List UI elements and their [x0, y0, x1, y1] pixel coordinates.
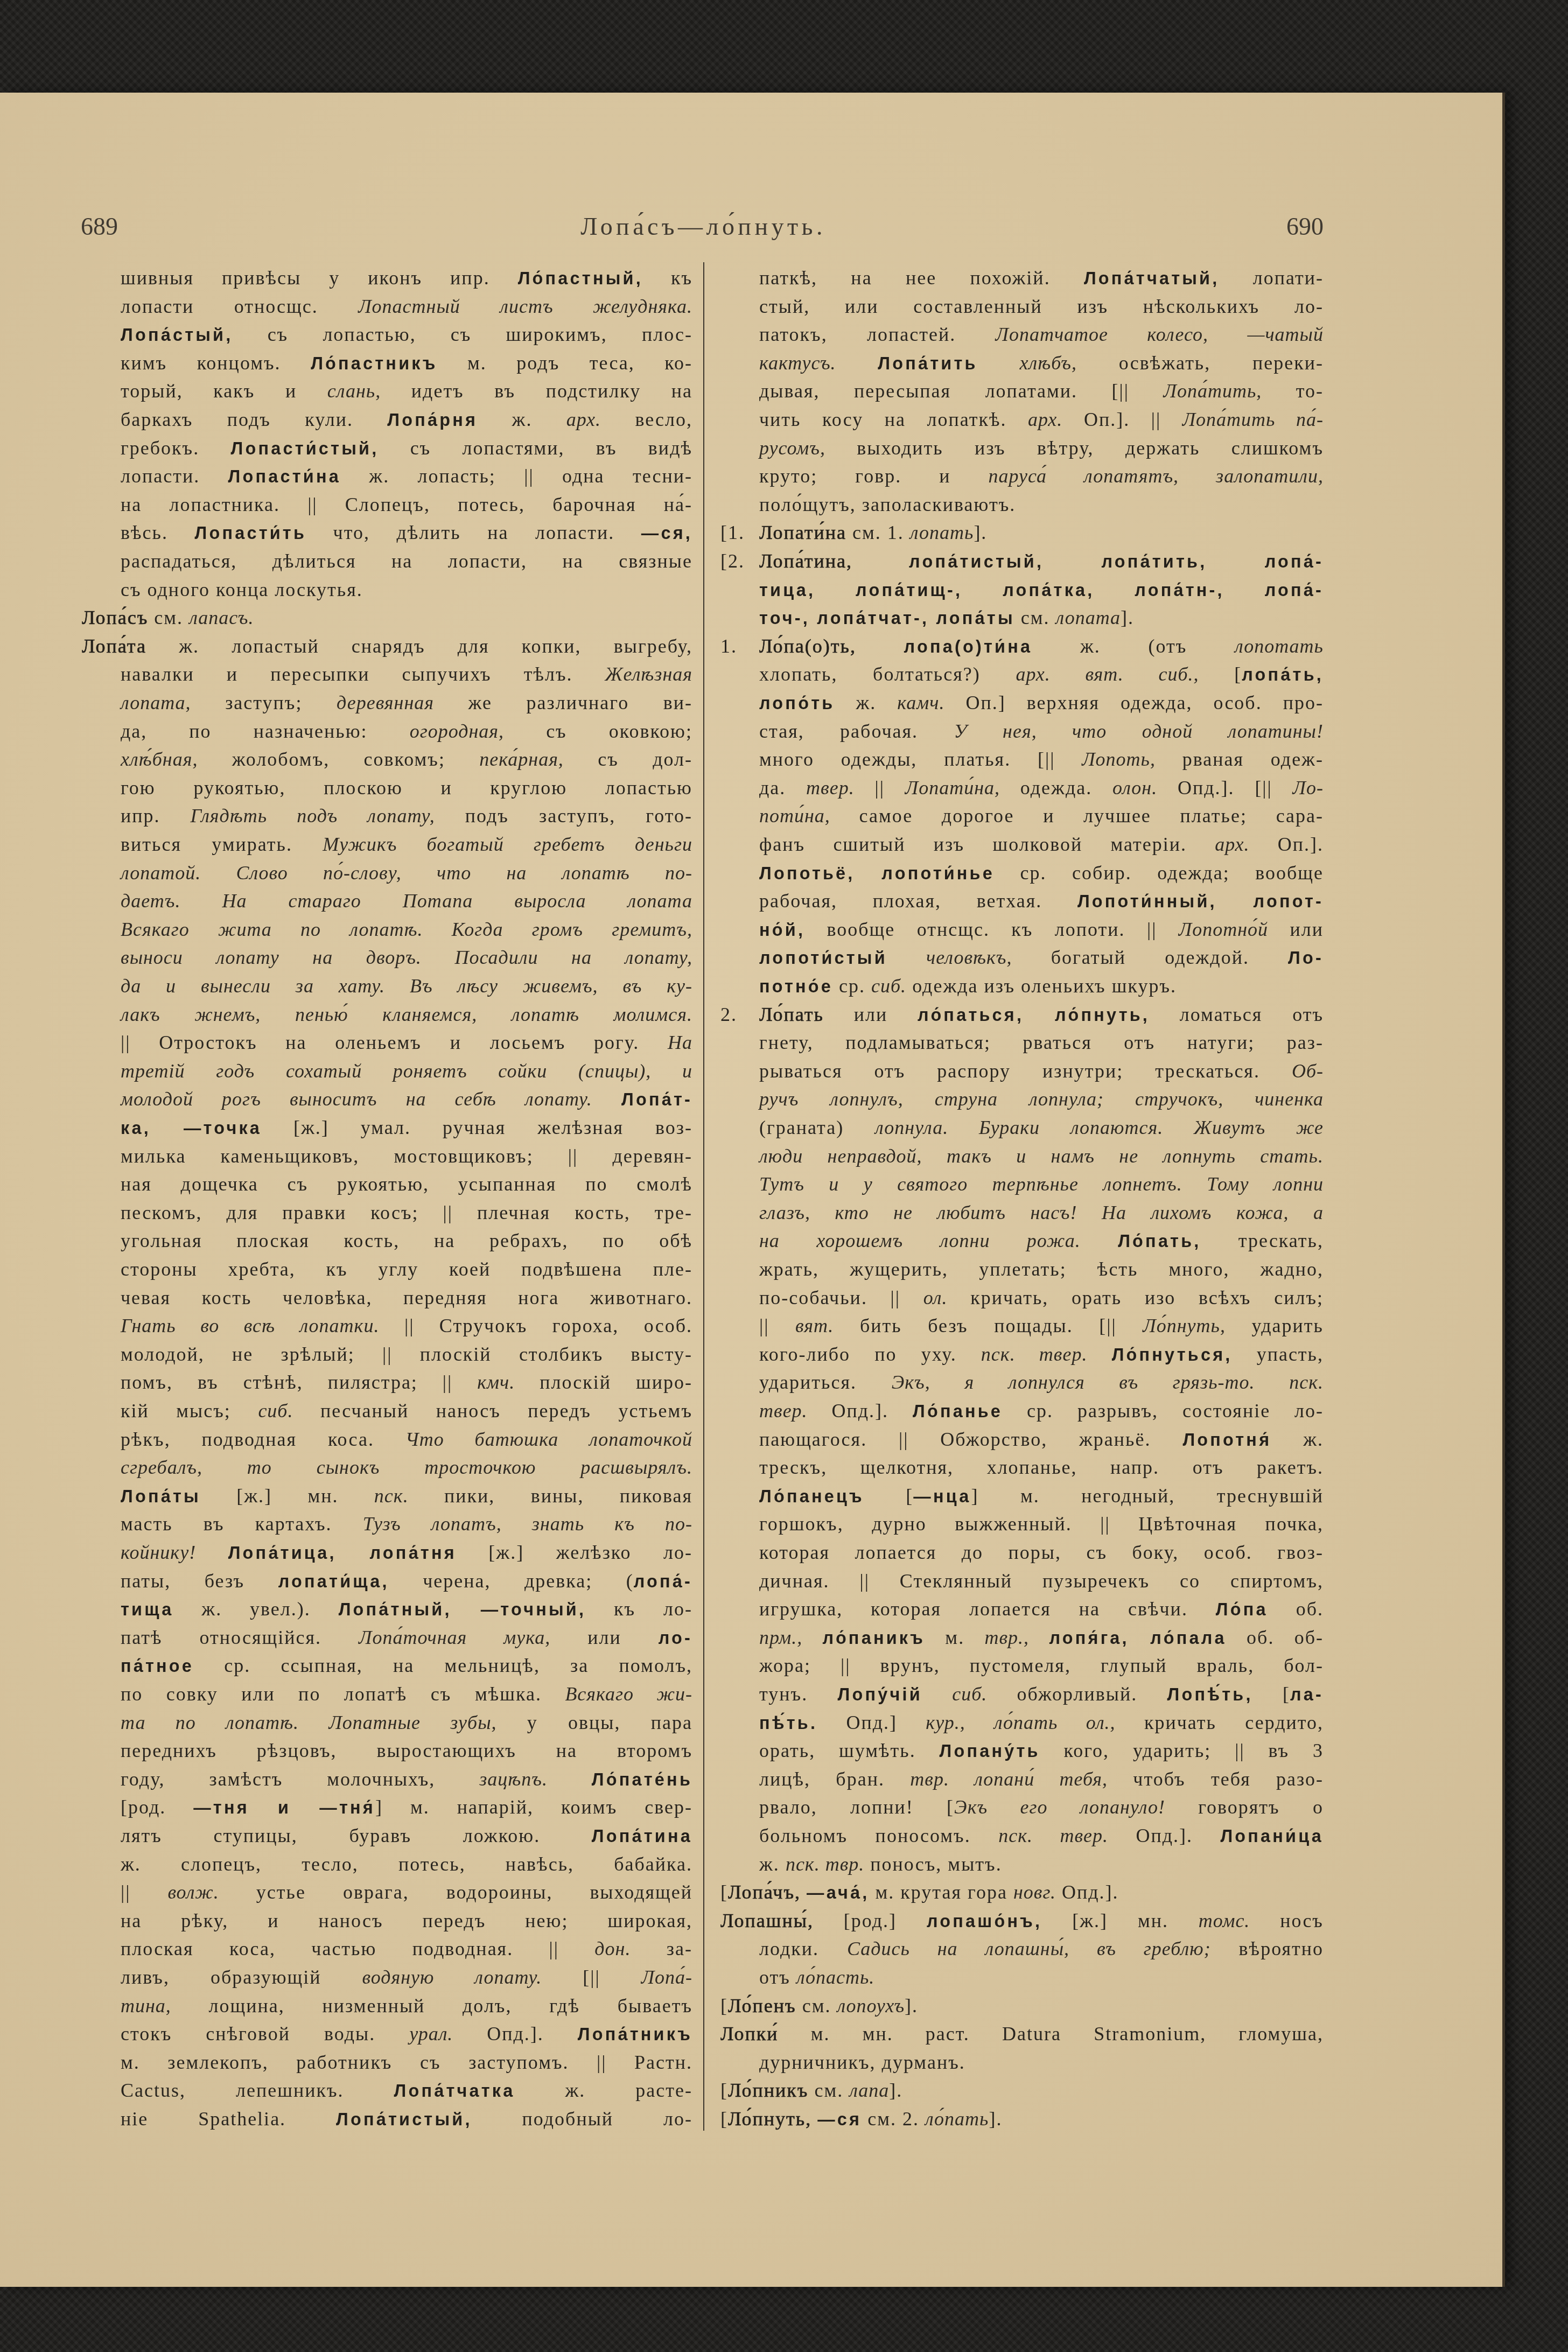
dictionary-line: рѣкъ, подводная коса. Что батюшка лопато… — [82, 1425, 692, 1454]
text-run: ]. — [989, 2108, 1002, 2130]
dictionary-line: удариться. Экъ, я лопнулся въ грязь-то. … — [720, 1368, 1324, 1397]
text-run: или — [824, 1004, 918, 1025]
text-run: хлопать, болтаться?) — [759, 663, 1016, 685]
dictionary-line: Лопа́съ см. лапасъ. — [82, 604, 692, 632]
text-run: [ — [1253, 1683, 1290, 1705]
text-run: съ лопастью, съ широкимъ, плос- — [233, 324, 692, 345]
italic-text: сиб. — [871, 975, 906, 997]
derived-headword: лопа́- — [634, 1572, 692, 1591]
dictionary-line: лопасти относщс. Лопастный листъ желудня… — [82, 292, 692, 321]
italic-text: Экъ его лопануло! — [954, 1796, 1165, 1818]
derived-headword: лопа(о)ти́на — [904, 637, 1033, 656]
text-run: патокъ, лопастей. — [759, 324, 996, 345]
text-run — [548, 1768, 592, 1790]
text-run: кого, ударить; || въ 3 — [1040, 1740, 1324, 1761]
italic-text: Гнать во всѣ лопатки. — [121, 1315, 379, 1336]
dictionary-line: потно́е ср. сиб. одежда изъ оленьихъ шку… — [720, 972, 1324, 1000]
italic-text: Лопоть, — [1082, 748, 1156, 770]
italic-text: кактусъ. — [759, 352, 836, 374]
text-run: же различнаго ви- — [434, 692, 692, 713]
italic-text: койнику! — [121, 1542, 196, 1563]
text-run: съ дол- — [564, 748, 692, 770]
italic-text: арх. — [566, 409, 601, 430]
dictionary-line: ніе Spathelia. Лопа́тистый, подобный ло- — [82, 2105, 692, 2133]
text-run: ср. ссыпная, на мельницѣ, за помолъ, — [194, 1655, 692, 1676]
text-run: угольная плоская кость, на ребрахъ, по о… — [121, 1230, 692, 1251]
italic-text: Лопотно́й — [1179, 919, 1268, 940]
text-run: песчаный наносъ передъ устьемъ — [293, 1400, 692, 1422]
derived-headword: Лопотьё, лопоти́нье — [759, 864, 995, 883]
dictionary-line: поти́на, самое дорогое и лучшее платье; … — [720, 802, 1324, 830]
dictionary-line: помъ, въ стѣнѣ, пилястра; || кмч. плоскі… — [82, 1368, 692, 1397]
dictionary-line: лятъ ступицы, буравъ ложкою. Лопа́тина — [82, 1822, 692, 1850]
text-run: [ — [1199, 663, 1242, 685]
dictionary-line: году, замѣстъ молочныхъ, зацѣпъ. Ло́пате… — [82, 1765, 692, 1794]
italic-text: У нея, что одной лопатины! — [954, 720, 1324, 742]
italic-text: олон. — [1112, 777, 1157, 799]
italic-text: тина, — [121, 1995, 171, 2017]
dictionary-line: твер. Опд.]. Ло́панье ср. разрывъ, состо… — [720, 1397, 1324, 1425]
dictionary-line: стороны хребта, къ углу коей подвѣшена п… — [82, 1255, 692, 1284]
text-run: одежда. — [1000, 777, 1112, 799]
italic-text: волж. — [167, 1881, 219, 1903]
dictionary-line: тища ж. увел.). Лопа́тный, —точный, къ л… — [82, 1595, 692, 1623]
italic-text: кмч. — [477, 1371, 515, 1393]
dictionary-line: отъ ло́пасть. — [720, 1963, 1324, 1992]
text-run: ливъ, образующій — [121, 1966, 362, 1988]
headword: Лопа́съ — [82, 607, 148, 628]
text-run: [ — [720, 1995, 728, 2017]
text-run: [|| — [542, 1966, 641, 1988]
dictionary-line: ж. пск. твр. поносъ, мытъ. — [720, 1850, 1324, 1879]
text-run: [ — [864, 1485, 913, 1507]
text-run: трескъ, щелкотня, хлопанье, напр. отъ ра… — [759, 1457, 1324, 1478]
page-number-left: 689 — [81, 210, 188, 243]
dictionary-line: жора; || врунъ, пустомеля, глупый враль,… — [720, 1651, 1324, 1680]
text-run: чить косу на лопаткѣ. — [759, 409, 1028, 430]
dictionary-line: гою рукоятью, плоскою и круглою лопастью — [82, 774, 692, 802]
text-run: пики, вины, пиковая — [409, 1485, 692, 1507]
text-run: жолобомъ, совкомъ; — [198, 748, 479, 770]
italic-text: молодой рогъ выноситъ на себѣ лопату. — [121, 1088, 592, 1110]
text-run: [ж.] мн. — [201, 1485, 374, 1507]
dictionary-line: молодой рогъ выноситъ на себѣ лопату. Ло… — [82, 1085, 692, 1114]
italic-text: пск. твер. — [998, 1825, 1108, 1846]
text-run: баркахъ подъ кули. — [121, 409, 387, 430]
dictionary-line: баркахъ подъ кули. Лопа́рня ж. арх. весл… — [82, 405, 692, 434]
italic-text: Лопастный листъ желудняка. — [358, 296, 692, 317]
dictionary-line: Лопа́стый, съ лопастью, съ широкимъ, пло… — [82, 320, 692, 349]
text-run: по-собачьи. || — [759, 1287, 923, 1308]
italic-text: твер. — [759, 1400, 808, 1422]
dictionary-line: [2.Лопа́тина, лопа́тистый, лопа́тить, ло… — [720, 547, 1324, 576]
text-run: освѣжать, переки- — [1077, 352, 1324, 374]
derived-headword: —ся — [817, 2110, 862, 2129]
dictionary-line: тина, лощина, низменный долъ, гдѣ бывает… — [82, 1992, 692, 2020]
dictionary-line: на хорошемъ лопни рожа. Ло́пать, трескат… — [720, 1227, 1324, 1255]
italic-text: Лопати́на, — [905, 777, 1000, 799]
text-run: съ оковкою; — [504, 720, 692, 742]
italic-text: хлѣбъ, — [1019, 352, 1077, 374]
text-run: плоскій широ- — [515, 1371, 692, 1393]
text-run: ]. — [1121, 607, 1134, 628]
italic-text: лопата, — [121, 692, 191, 713]
italic-text: прм., — [759, 1627, 802, 1648]
column-divider — [703, 262, 704, 2131]
italic-text: арх. — [1215, 834, 1249, 855]
dictionary-line: русомъ, выходить изъ вѣтру, держать слиш… — [720, 434, 1324, 463]
dictionary-line: молодой, не зрѣлый; || плоскій столбикъ … — [82, 1340, 692, 1369]
derived-headword: Ло́па — [1216, 1600, 1268, 1619]
derived-headword: лопя́га, ло́пала — [1049, 1628, 1226, 1648]
dictionary-line: ливъ, образующій водяную лопату. [|| Лоп… — [82, 1963, 692, 1992]
text-run: ударить — [1226, 1315, 1324, 1336]
text-run: ипр. — [121, 805, 191, 827]
dictionary-line: паты, безъ лопати́ща, черена, древка; (л… — [82, 1567, 692, 1595]
dictionary-line: съ одного конца лоскутья. — [82, 576, 692, 604]
text-run: на рѣку, и наносъ передъ нею; широкая, — [121, 1910, 692, 1931]
dictionary-line: да. твер. || Лопати́на, одежда. олон. Оп… — [720, 774, 1324, 802]
derived-headword: ло́паникъ — [823, 1628, 926, 1648]
derived-headword: Лопа́тчатый, — [1084, 269, 1220, 288]
italic-text: вят. — [795, 1315, 834, 1336]
dictionary-line: Гнать во всѣ лопатки. || Стручокъ гороха… — [82, 1312, 692, 1340]
dictionary-line: кій мысъ; сиб. песчаный наносъ передъ ус… — [82, 1397, 692, 1425]
dictionary-line: гнету, подламываться; рваться отъ натуги… — [720, 1028, 1324, 1057]
text-run: съ одного конца лоскутья. — [121, 579, 363, 600]
text-run — [801, 1881, 807, 1903]
text-run: || Стручокъ гороха, особ. — [379, 1315, 692, 1336]
text-run: [ — [720, 1881, 728, 1903]
dictionary-line: || Отростокъ на оленьемъ и лосьемъ рогу.… — [82, 1028, 692, 1057]
italic-text: зацѣпъ. — [479, 1768, 548, 1790]
dictionary-line: [Ло́пникъ см. лапа]. — [720, 2076, 1324, 2105]
text-run: [ж.] желѣзко ло- — [457, 1542, 692, 1563]
text-run: ] м. негодный, треснувшій — [971, 1485, 1324, 1507]
dictionary-line: чевая кость человѣка, передняя нога живо… — [82, 1284, 692, 1312]
dictionary-line: прм., ло́паникъ м. твр., лопя́га, ло́пал… — [720, 1623, 1324, 1652]
text-run: ж. увел.). — [173, 1598, 338, 1620]
dictionary-line: дичная. || Стеклянный пузыречекъ со спир… — [720, 1567, 1324, 1595]
text-run: лощина, низменный долъ, гдѣ бываетъ — [171, 1995, 692, 2017]
text-run: одежда изъ оленьихъ шкуръ. — [906, 975, 1177, 997]
dictionary-line: угольная плоская кость, на ребрахъ, по о… — [82, 1227, 692, 1255]
text-run: заступъ; — [191, 692, 337, 713]
dictionary-line: стокъ снѣговой воды. урал. Опд.]. Лопа́т… — [82, 2020, 692, 2048]
derived-headword: Лопа́тина — [592, 1826, 692, 1846]
text-run: [ — [720, 2108, 728, 2130]
derived-headword: ло- — [659, 1628, 692, 1648]
text-run: см. — [148, 607, 189, 628]
derived-headword: лопа́тистый, лопа́тить, лопа́- — [909, 552, 1324, 571]
text-run: упасть, — [1232, 1343, 1324, 1365]
text-run: Опд.]. — [1056, 1881, 1119, 1903]
text-run: паты, безъ — [121, 1570, 278, 1592]
dictionary-line: ипр. Глядѣть подъ лопату, подъ заступъ, … — [82, 802, 692, 830]
italic-text: новг. — [1013, 1881, 1056, 1903]
dictionary-line: дурничникъ, дурманъ. — [720, 2048, 1324, 2077]
derived-headword: Ло́панецъ — [759, 1487, 864, 1506]
text-run: ]. — [889, 2080, 902, 2101]
dictionary-line: Лопашны́, [род.] лопашо́нъ, [ж.] мн. том… — [720, 1907, 1324, 1935]
dictionary-line: фанъ сшитый изъ шолковой матеріи. арх. О… — [720, 830, 1324, 859]
italic-text: Об- — [1292, 1060, 1324, 1082]
text-run: къ ло- — [586, 1598, 692, 1620]
italic-text: урал. — [409, 2023, 453, 2045]
entry-number: 2. — [720, 1000, 737, 1029]
derived-headword: Лопоти́нный, лопот- — [1077, 892, 1324, 911]
text-run: или — [550, 1627, 658, 1648]
derived-headword: Лопотня́ — [1182, 1430, 1271, 1450]
italic-text: томс. — [1199, 1910, 1250, 1931]
italic-text: Садись на лопашны́, въ греблю; — [847, 1938, 1211, 1959]
derived-headword: Ло́пать, — [1118, 1231, 1201, 1251]
text-run: кричать, орать изо всѣхъ силъ; — [948, 1287, 1324, 1308]
text-run: черена, древка; ( — [389, 1570, 634, 1592]
italic-text: Глядѣть подъ лопату, — [191, 805, 435, 827]
derived-headword: Лопа́тный, —точный, — [339, 1600, 586, 1619]
derived-headword: Лопѣ́ть, — [1167, 1685, 1253, 1704]
dictionary-line: тунъ. Лопу́чій сиб. обжорливый. Лопѣ́ть,… — [720, 1680, 1324, 1709]
left-column: шивныя привѣсы у иконъ ипр. Ло́пастный, … — [82, 264, 692, 2133]
italic-text: хлѣ́бная, — [121, 748, 198, 770]
text-run: которая лопается до поры, съ боку, особ.… — [759, 1542, 1324, 1563]
italic-text: лапа — [849, 2080, 889, 2101]
dictionary-line: хлопать, болтаться?) арх. вят. сиб., [ло… — [720, 660, 1324, 689]
dictionary-line: [1.Лопати́на см. 1. лопать]. — [720, 519, 1324, 547]
derived-headword: Ло- — [1288, 948, 1324, 968]
italic-text: ло́пать ол., — [994, 1712, 1116, 1733]
italic-text: Желѣзная — [605, 663, 692, 685]
entry-number: [1. — [720, 519, 745, 547]
text-run: навалки и пересыпки сыпучихъ тѣлъ. — [121, 663, 605, 685]
text-run: || Отростокъ на оленьемъ и лосьемъ рогу. — [121, 1032, 668, 1053]
italic-text: лопать — [910, 522, 974, 543]
derived-headword: ло́паться, ло́пнуть, — [918, 1005, 1150, 1025]
italic-text: лакъ жнемъ, пенью́ кланяемся, лопатѣ мол… — [121, 1004, 692, 1025]
text-run: бить безъ пощады. [|| — [834, 1315, 1143, 1336]
text-run: къ — [643, 267, 692, 289]
dictionary-line: стый, или составленный изъ нѣсколькихъ л… — [720, 292, 1324, 321]
italic-text: Лопа́- — [641, 1966, 692, 1988]
dictionary-line: навалки и пересыпки сыпучихъ тѣлъ. Желѣз… — [82, 660, 692, 689]
italic-text: камч. — [897, 692, 944, 713]
text-run: м. родъ теса, ко- — [438, 352, 692, 374]
derived-headword: Лопану́ть — [940, 1741, 1040, 1761]
text-run: на лопастника. || Слопецъ, потесь, бароч… — [121, 494, 692, 515]
dictionary-line: тица, лопа́тищ-, лопа́тка, лопа́тн-, лоп… — [720, 576, 1324, 604]
derived-headword: Ло́пате́нь — [592, 1770, 692, 1789]
text-run: кимъ концомъ. — [121, 352, 311, 374]
text-run: кій мысъ; — [121, 1400, 258, 1422]
text-run: гнету, подламываться; рваться отъ натуги… — [759, 1032, 1324, 1053]
italic-text: твер. — [806, 777, 855, 799]
dictionary-line: сгребалъ, то сынокъ тросточкою расшвырял… — [82, 1453, 692, 1482]
text-run: см. — [808, 2080, 849, 2101]
text-run: вѣсь. — [121, 522, 195, 543]
headword: Ло́пенъ — [728, 1995, 796, 2017]
dictionary-line: койнику! Лопа́тица, лопа́тня [ж.] желѣзк… — [82, 1538, 692, 1567]
dictionary-line: та по лопатѣ. Лопатные зубы, у овцы, пар… — [82, 1709, 692, 1737]
dictionary-line: да, по назначенью: огородная, съ оковкою… — [82, 717, 692, 746]
dictionary-line: 2.Ло́пать или ло́паться, ло́пнуть, ломат… — [720, 1000, 1324, 1029]
derived-headword: ла- — [1290, 1685, 1324, 1704]
italic-text: Всякаго жита по лопатѣ. Когда громъ грем… — [121, 919, 692, 940]
derived-headword: тица, лопа́тищ-, лопа́тка, лопа́тн-, лоп… — [759, 580, 1324, 600]
italic-text: ол. — [923, 1287, 948, 1308]
italic-text: Лопа́тить па́- — [1182, 409, 1324, 430]
text-run: Опд.]. [|| — [1157, 777, 1292, 799]
text-run — [802, 1627, 822, 1648]
dictionary-line: Тутъ и у святого терпѣнье лопнетъ. Тому … — [720, 1170, 1324, 1199]
derived-headword: лопати́ща, — [278, 1572, 389, 1591]
text-run: ж. — [759, 1853, 786, 1875]
dictionary-line: лопо́ть ж. камч. Оп.] верхняя одежда, ос… — [720, 689, 1324, 717]
derived-headword: потно́е — [759, 977, 833, 996]
text-run: м. землекопъ, работникъ съ заступомъ. ||… — [121, 2052, 692, 2073]
dictionary-line: лакъ жнемъ, пенью́ кланяемся, лопатѣ мол… — [82, 1000, 692, 1029]
dictionary-line: Лопа́ты [ж.] мн. пск. пики, вины, пикова… — [82, 1482, 692, 1510]
derived-headword: —нца — [913, 1487, 971, 1506]
text-run — [922, 1683, 952, 1705]
dictionary-line: масть въ картахъ. Тузъ лопатъ, знать къ … — [82, 1510, 692, 1538]
text-run: Оп.] верхняя одежда, особ. про- — [944, 692, 1324, 713]
text-run: поносъ, мытъ. — [864, 1853, 1002, 1875]
italic-text: лопоухъ — [837, 1995, 905, 2017]
italic-text: Всякаго жи- — [565, 1683, 692, 1705]
text-run: гою рукоятью, плоскою и круглою лопастью — [121, 777, 692, 799]
headword: Ло́пнуть, — [728, 2108, 811, 2130]
text-run: ж. (отъ — [1032, 635, 1235, 657]
text-run: больномъ поносомъ. — [759, 1825, 998, 1846]
italic-text: сиб. — [952, 1683, 987, 1705]
text-run: Опд.]. — [1108, 1825, 1220, 1846]
text-run: [род.] — [814, 1910, 927, 1931]
text-run: [род. — [121, 1796, 193, 1818]
dictionary-line: которая лопается до поры, съ боку, особ.… — [720, 1538, 1324, 1567]
text-run: ная дощечка съ рукоятью, усыпанная по см… — [121, 1173, 692, 1195]
text-run: весло, — [601, 409, 692, 430]
text-run — [856, 635, 904, 657]
text-run: ж. слопецъ, тесло, потесь, навѣсь, бабай… — [121, 1853, 692, 1875]
dictionary-line: м. землекопъ, работникъ съ заступомъ. ||… — [82, 2048, 692, 2077]
dictionary-line: па́тное ср. ссыпная, на мельницѣ, за пом… — [82, 1651, 692, 1680]
italic-text: Тутъ и у святого терпѣнье лопнетъ. Тому … — [759, 1173, 1324, 1195]
text-run — [978, 352, 1020, 374]
text-run: жрать, жущерить, уплетать; ѣсть много, ж… — [759, 1258, 1324, 1280]
italic-text: Лопа́точная мука, — [359, 1627, 550, 1648]
text-run: году, замѣстъ молочныхъ, — [121, 1768, 479, 1790]
dictionary-line: поло́щутъ, заполаскиваютъ. — [720, 491, 1324, 519]
derived-headword: Лопа́рня — [387, 410, 478, 430]
entry-number: [2. — [720, 547, 745, 576]
text-run: стороны хребта, къ углу коей подвѣшена п… — [121, 1258, 692, 1280]
dictionary-line: люди неправдой, такъ и намъ не лопнуть с… — [720, 1142, 1324, 1171]
text-run: ж. расте- — [515, 2080, 693, 2101]
text-run: стокъ снѣговой воды. — [121, 2023, 409, 2045]
text-run: м. мн. раст. Datura Stramonium, гломуша, — [779, 2023, 1324, 2045]
text-run: выходить изъ вѣтру, держать слишкомъ — [825, 437, 1324, 459]
text-run: Опд.]. — [808, 1400, 913, 1422]
dictionary-line: милька каменьщиковъ, мостовщиковъ; || де… — [82, 1142, 692, 1171]
text-run — [1081, 1230, 1118, 1251]
text-run: говорятъ о — [1165, 1796, 1324, 1818]
italic-text: паруса́ лопатятъ, залопатили, — [989, 465, 1324, 487]
headword: Лопа́чъ, — [728, 1881, 801, 1903]
text-run: что, дѣлить на лопасти. — [306, 522, 641, 543]
dictionary-line: Ло́панецъ [—нца] м. негодный, треснувшій — [720, 1482, 1324, 1510]
dictionary-line: лопоти́стый человѣкъ, богатый одеждой. Л… — [720, 943, 1324, 972]
text-run: || — [121, 1881, 167, 1903]
derived-headword: —ача́, — [807, 1883, 869, 1902]
italic-text: лопотать — [1235, 635, 1324, 657]
italic-text: На — [668, 1032, 692, 1053]
dictionary-line: да и вынесли за хату. Въ лѣсу живемъ, въ… — [82, 972, 692, 1000]
text-run — [887, 947, 926, 968]
text-run: виться умирать. — [121, 834, 323, 855]
dictionary-line: третій годъ сохатый роняетъ сойки (спицы… — [82, 1057, 692, 1086]
italic-text: поти́на, — [759, 805, 830, 827]
italic-text: люди неправдой, такъ и намъ не лопнуть с… — [759, 1145, 1324, 1167]
italic-text: лапасъ. — [189, 607, 254, 628]
derived-headword: точ-, лопа́тчат-, лопа́ты — [759, 608, 1015, 628]
dictionary-line: патѣ относящійся. Лопа́точная мука, или … — [82, 1623, 692, 1652]
text-run: молодой, не зрѣлый; || плоскій столбикъ … — [121, 1343, 692, 1365]
derived-headword: тища — [121, 1600, 173, 1619]
text-run: ніе Spathelia. — [121, 2108, 336, 2130]
text-run: богатый одеждой. — [1012, 947, 1289, 968]
dictionary-line: пѣ́ть. Опд.] кур., ло́пать ол., кричать … — [720, 1709, 1324, 1737]
text-run: лопати- — [1219, 267, 1324, 289]
derived-headword: па́тное — [121, 1656, 194, 1676]
dictionary-line: игрушка, которая лопается на свѣчи. Ло́п… — [720, 1595, 1324, 1623]
headword: Лопашны́, — [720, 1910, 814, 1931]
dictionary-line: вѣсь. Лопасти́ть что, дѣлить на лопасти.… — [82, 519, 692, 547]
dictionary-line: дывая, пересыпая лопатами. [|| Лопа́тить… — [720, 377, 1324, 405]
dictionary-line: трескъ, щелкотня, хлопанье, напр. отъ ра… — [720, 1453, 1324, 1482]
right-column: паткѣ, на нее похожій. Лопа́тчатый, лопа… — [720, 264, 1324, 2133]
text-run — [1087, 1343, 1111, 1365]
text-run: см. — [1015, 607, 1056, 628]
text-run: дурничникъ, дурманъ. — [759, 2052, 965, 2073]
dictionary-line: Всякаго жита по лопатѣ. Когда громъ грем… — [82, 915, 692, 944]
text-run: см. 1. — [846, 522, 910, 543]
dictionary-line: торый, какъ и слань, идетъ въ подстилку … — [82, 377, 692, 405]
dictionary-line: кимъ концомъ. Ло́пастникъ м. родъ теса, … — [82, 349, 692, 377]
text-run: распадаться, дѣлиться на лопасти, на свя… — [121, 550, 692, 572]
text-run: дичная. || Стеклянный пузыречекъ со спир… — [759, 1570, 1324, 1592]
dictionary-line: лопата, заступъ; деревянная же различнаг… — [82, 689, 692, 717]
dictionary-line: (граната) лопнула. Бураки лопаются. Живу… — [720, 1114, 1324, 1142]
italic-text: водяную лопату. — [362, 1966, 542, 1988]
text-run: масть въ картахъ. — [121, 1513, 363, 1535]
text-run: Оп.]. — [1250, 834, 1324, 855]
dictionary-line: || волж. устье оврага, водороины, выходя… — [82, 1878, 692, 1907]
italic-text: твр., — [984, 1627, 1029, 1648]
headword: Лопа́та — [82, 635, 146, 657]
text-run: ломаться отъ — [1150, 1004, 1324, 1025]
dictionary-line: чить косу на лопаткѣ. арх. Оп.]. || Лопа… — [720, 405, 1324, 434]
text-run: подобный ло- — [472, 2108, 692, 2130]
dictionary-line: стая, рабочая. У нея, что одной лопатины… — [720, 717, 1324, 746]
dictionary-line: рвало, лопни! [Экъ его лопануло! говорят… — [720, 1793, 1324, 1822]
text-run: рѣкъ, подводная коса. — [121, 1429, 405, 1450]
text-run: паткѣ, на нее похожій. — [759, 267, 1084, 289]
text-run: об. об- — [1227, 1627, 1324, 1648]
text-run: орать, шумѣть. — [759, 1740, 940, 1761]
dictionary-line: выноси лопату на дворъ. Посадили на лопа… — [82, 943, 692, 972]
italic-text: та по лопатѣ. Лопатные зубы, — [121, 1712, 497, 1733]
